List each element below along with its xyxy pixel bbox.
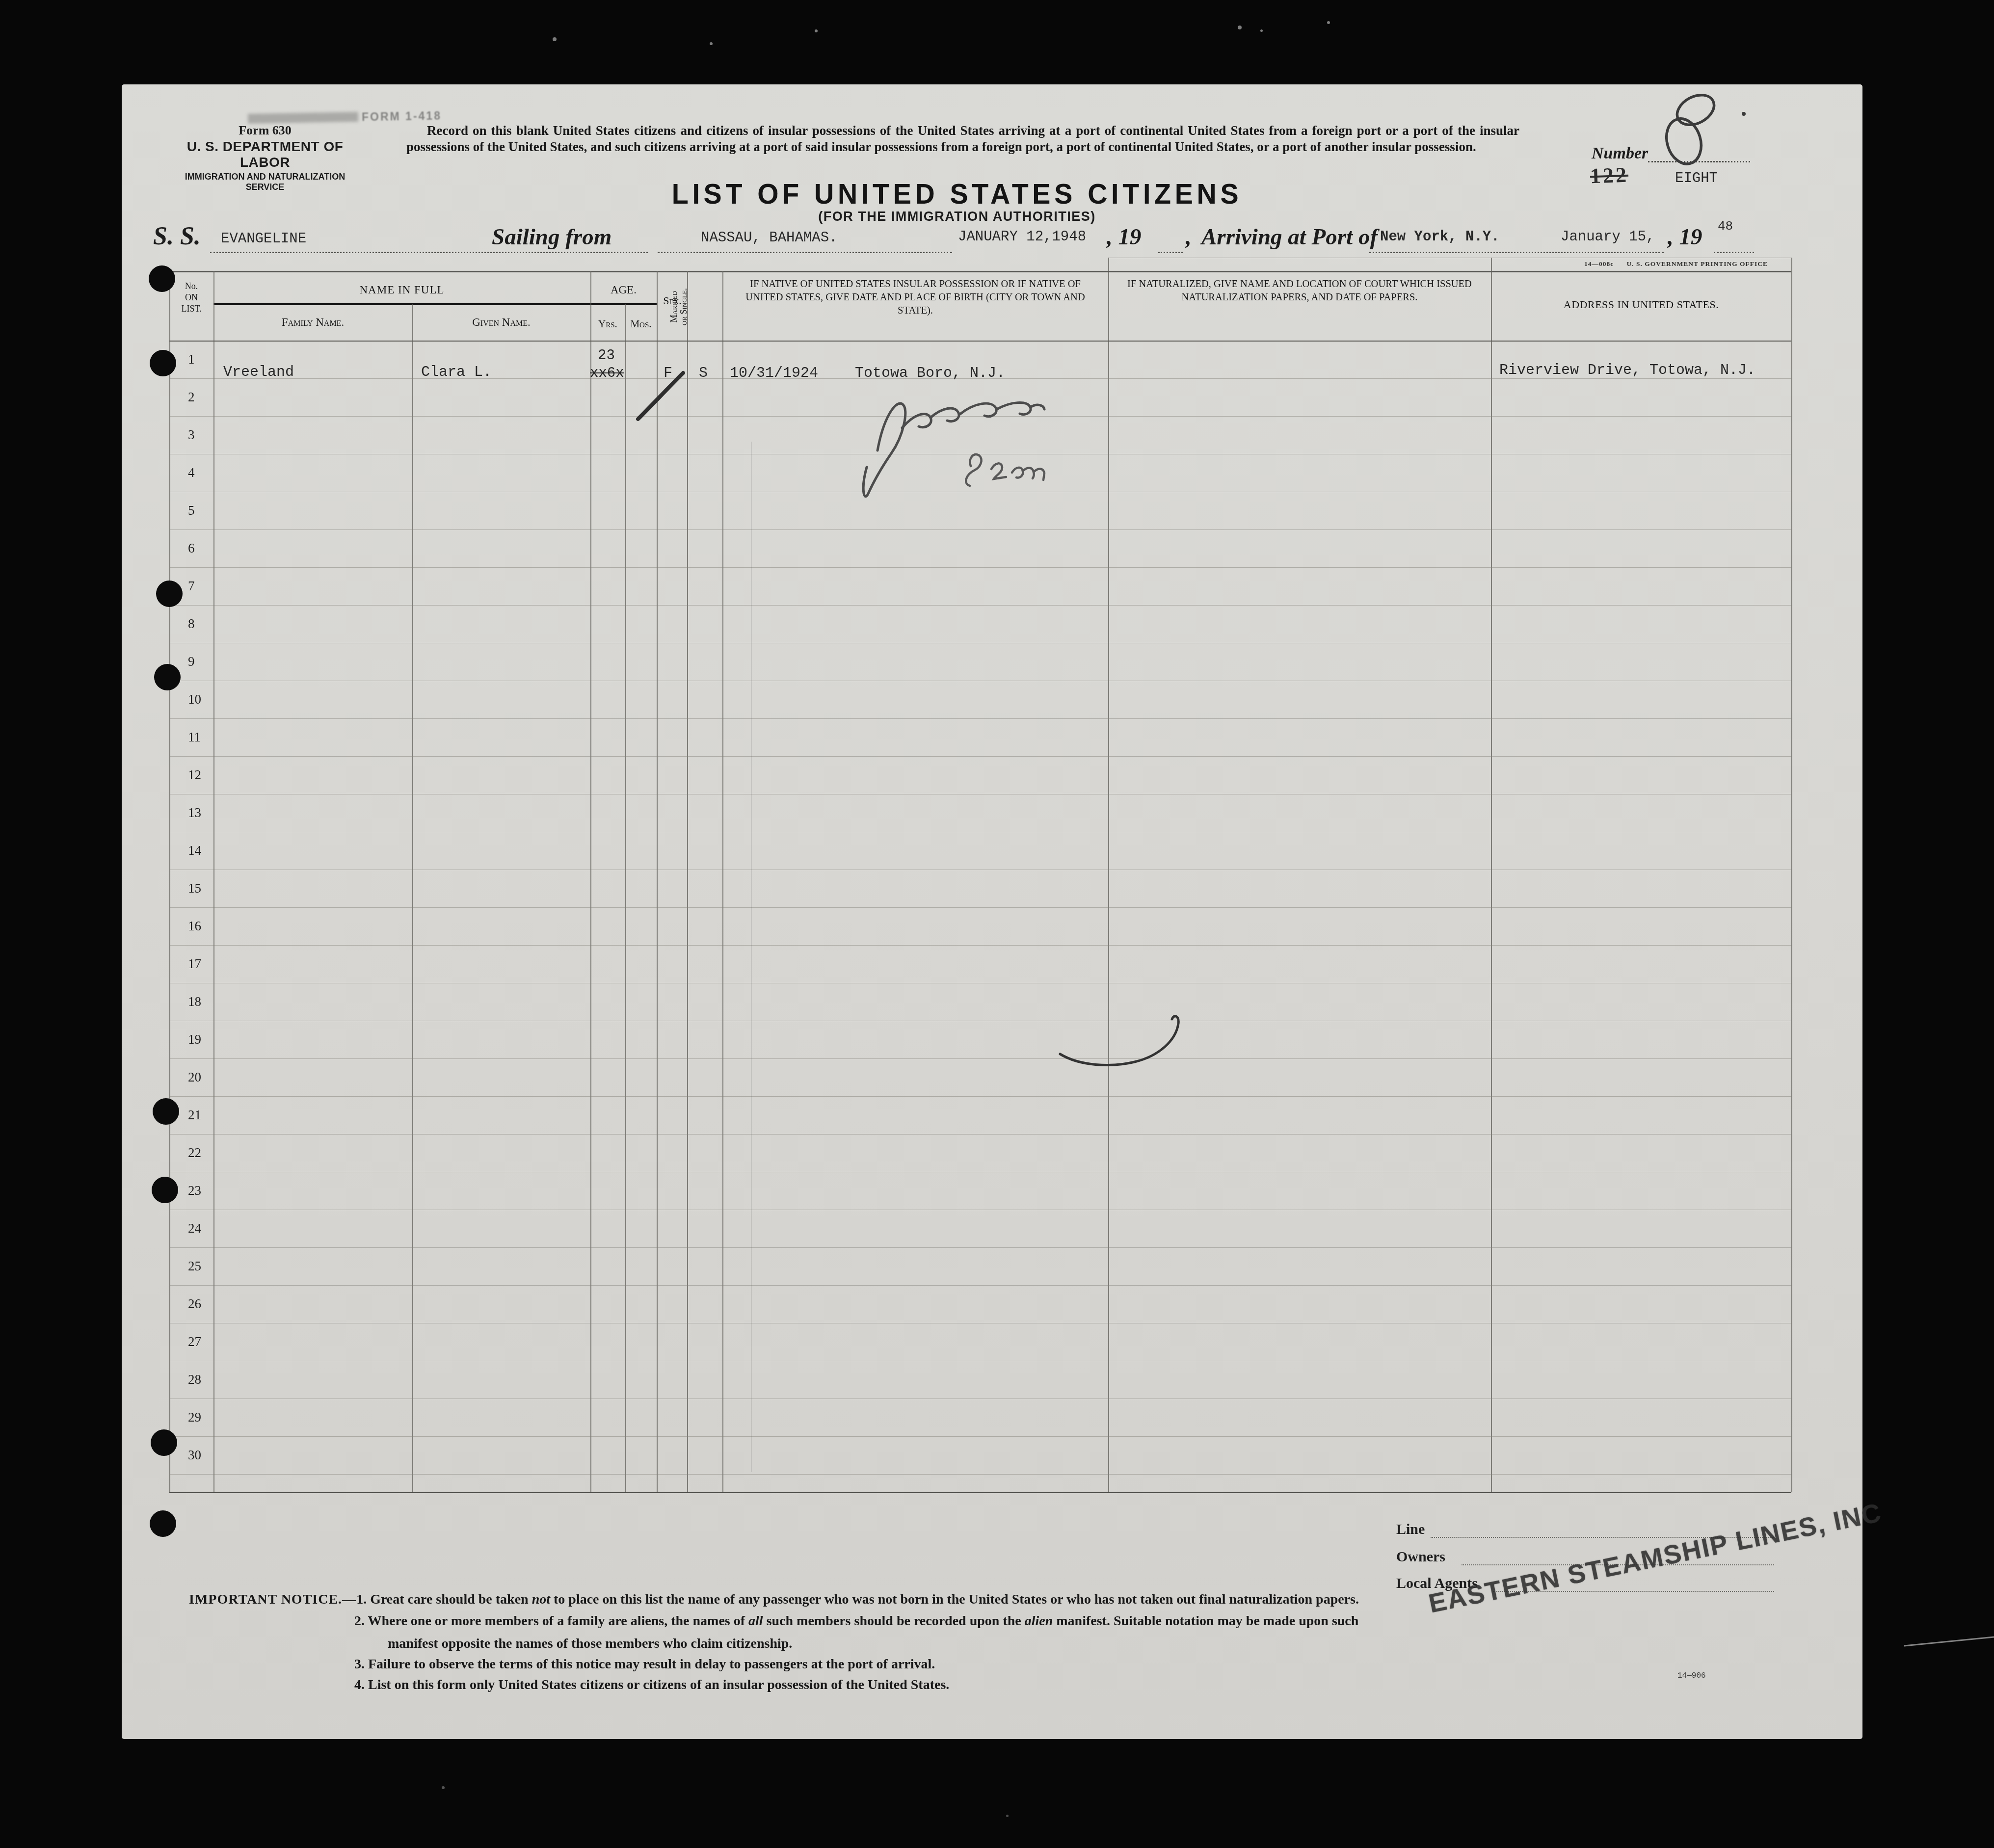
- table-row: 7: [169, 568, 1791, 606]
- table-row: 21: [169, 1097, 1791, 1135]
- number-rule: [1648, 161, 1750, 162]
- row-number: 29: [188, 1410, 201, 1425]
- table-row: 18: [169, 983, 1791, 1021]
- header-married-or-single: Married or Single.: [669, 267, 733, 346]
- notice-text: Where one or more members of a family ar…: [368, 1613, 749, 1629]
- notice-text: such members should be recorded upon the: [763, 1613, 1025, 1629]
- header-mos: Mos.: [625, 318, 657, 330]
- header-yrs: Yrs.: [590, 318, 625, 330]
- arrival-port-rule: [1369, 252, 1664, 253]
- stamped-sheet-number: 122: [1590, 162, 1629, 189]
- scan-speck: [442, 1786, 445, 1789]
- table-row: 5: [169, 492, 1791, 530]
- row-number: 30: [188, 1448, 201, 1463]
- footer-print-code: 14—906: [1677, 1671, 1706, 1680]
- table-row: 19: [169, 1021, 1791, 1059]
- table-top-border: [169, 271, 1791, 272]
- table-row: 6: [169, 530, 1791, 568]
- arriving-label: Arriving at Port of: [1201, 224, 1378, 250]
- cell-birth-date: 10/31/1924: [730, 365, 818, 382]
- row-number: 26: [188, 1296, 201, 1312]
- table-row: 26: [169, 1286, 1791, 1323]
- table-row: 4: [169, 454, 1791, 492]
- comma-a: ,: [1186, 224, 1192, 250]
- row-number: 21: [188, 1108, 201, 1123]
- row-number: 5: [188, 503, 195, 518]
- film-scratch: [1904, 1637, 1994, 1646]
- scan-speck: [710, 42, 713, 45]
- table-row: 15: [169, 870, 1791, 908]
- cell-address: Riverview Drive, Totowa, N.J.: [1499, 362, 1755, 379]
- punch-hole: [150, 1510, 176, 1537]
- table-row: 23: [169, 1172, 1791, 1210]
- scan-speck: [1006, 1815, 1009, 1817]
- notice-item-number: 2.: [354, 1613, 368, 1629]
- row-number: 20: [188, 1070, 201, 1085]
- scan-speck: [1260, 29, 1263, 32]
- line-label: Line: [1396, 1521, 1425, 1538]
- header-age: AGE.: [590, 284, 657, 296]
- row-number: 6: [188, 541, 195, 556]
- notice-text: to place on this list the name of any pa…: [550, 1592, 1359, 1607]
- punch-hole: [150, 350, 176, 376]
- table-row: 25: [169, 1248, 1791, 1286]
- row-number: 28: [188, 1372, 201, 1387]
- service-name: IMMIGRATION AND NATURALIZATION SERVICE: [167, 172, 363, 192]
- notice-text: alien: [1025, 1613, 1053, 1629]
- row-number: 2: [188, 390, 195, 405]
- notice-text: Failure to observe the terms of this not…: [368, 1657, 935, 1672]
- punch-hole: [152, 1177, 178, 1203]
- year-rule-b: [1714, 252, 1754, 253]
- ship-name: EVANGELINE: [221, 231, 306, 247]
- col-line-right: [1791, 258, 1792, 1492]
- row-number: 18: [188, 994, 201, 1009]
- punch-hole: [156, 581, 183, 607]
- table-bottom-border: [169, 1492, 1791, 1493]
- header-given-name: Given Name.: [412, 316, 590, 329]
- cell-family-name: Vreeland: [223, 364, 294, 381]
- table-row: 13: [169, 794, 1791, 832]
- sailing-date: JANUARY 12,1948: [958, 229, 1086, 245]
- row-number: 19: [188, 1032, 201, 1047]
- notice-line: 3. Failure to observe the terms of this …: [354, 1657, 935, 1672]
- row-number: 22: [188, 1145, 201, 1161]
- row-number: 11: [188, 730, 201, 745]
- row-number: 15: [188, 881, 201, 896]
- header-native-column: IF NATIVE OF UNITED STATES INSULAR POSSE…: [732, 278, 1098, 317]
- table-row: 14: [169, 832, 1791, 870]
- punch-hole: [149, 265, 175, 292]
- table-row: 2: [169, 379, 1791, 417]
- sailing-from-label: Sailing from: [492, 224, 611, 250]
- row-number: 9: [188, 654, 195, 669]
- header-address-column: ADDRESS IN UNITED STATES.: [1491, 298, 1791, 311]
- sailing-port-rule: [658, 252, 952, 253]
- notice-text: Great care should be taken: [370, 1592, 532, 1607]
- table-row: 8: [169, 606, 1791, 643]
- scan-speck: [1327, 21, 1330, 24]
- cell-sex: F: [664, 365, 672, 382]
- ink-smudge: [248, 112, 358, 124]
- table-row: 24: [169, 1210, 1791, 1248]
- arrival-date: January 15,: [1561, 229, 1654, 245]
- table-row: 10: [169, 681, 1791, 719]
- year-rule-a: [1158, 252, 1183, 253]
- row-number: 25: [188, 1259, 201, 1274]
- table-row: 28: [169, 1361, 1791, 1399]
- notice-item-number: 1.: [356, 1592, 370, 1607]
- printed-19-b: , 19: [1668, 224, 1702, 250]
- table-top-extra-line: [1108, 258, 1791, 258]
- table-row: 20: [169, 1059, 1791, 1097]
- cell-given-name: Clara L.: [421, 364, 492, 381]
- notice-line: 4. List on this form only United States …: [354, 1677, 949, 1693]
- row-number: 3: [188, 427, 195, 443]
- scan-speck: [815, 29, 818, 32]
- printed-19-a: , 19: [1107, 224, 1142, 250]
- punch-hole: [154, 664, 181, 690]
- notice-text: all: [748, 1613, 763, 1629]
- notice-text: List on this form only United States cit…: [368, 1677, 949, 1692]
- row-number: 17: [188, 956, 201, 972]
- notice-line: IMPORTANT NOTICE.—1. Great care should b…: [189, 1592, 1359, 1608]
- notice-line: 2. Where one or more members of a family…: [354, 1613, 1358, 1629]
- row-number: 23: [188, 1183, 201, 1198]
- number-label: Number: [1592, 144, 1648, 163]
- scan-speck: [553, 37, 557, 41]
- notice-text: manifest. Suitable notation may be made …: [1053, 1613, 1358, 1629]
- owners-label: Owners: [1396, 1549, 1445, 1565]
- table-rows: 1234567891011121314151617181920212223242…: [169, 341, 1791, 1492]
- notice-item-number: 3.: [354, 1657, 368, 1672]
- notice-text: manifest opposite the names of those mem…: [388, 1636, 792, 1651]
- row-number: 27: [188, 1334, 201, 1349]
- row-number: 4: [188, 465, 195, 480]
- row-number: 14: [188, 843, 201, 858]
- paper-crease: [751, 442, 752, 1472]
- scan-speck: [1238, 26, 1242, 29]
- ss-label: S. S.: [153, 222, 201, 251]
- intro-paragraph: Record on this blank United States citiz…: [406, 123, 1519, 155]
- table-row: 30: [169, 1437, 1791, 1475]
- cell-married-or-single: S: [699, 365, 708, 382]
- arrival-year: 48: [1718, 219, 1733, 234]
- cell-age-yrs-corrected: 23: [598, 347, 615, 364]
- header-naturalized-column: IF NATURALIZED, GIVE NAME AND LOCATION O…: [1123, 278, 1476, 304]
- header-name-in-full: NAME IN FULL: [213, 284, 590, 296]
- table-row: 22: [169, 1135, 1791, 1172]
- row-number: 10: [188, 692, 201, 707]
- cell-birth-place: Totowa Boro, N.J.: [855, 365, 1005, 382]
- row-number: 16: [188, 919, 201, 934]
- table-row: 17: [169, 946, 1791, 983]
- punch-hole: [153, 1098, 179, 1125]
- notice-text: not: [532, 1592, 550, 1607]
- faint-form-stamp: FORM 1-418: [362, 109, 442, 124]
- table-row-blank: [169, 1475, 1791, 1491]
- row-number: 13: [188, 805, 201, 820]
- table-row: 11: [169, 719, 1791, 757]
- sailing-port: NASSAU, BAHAMAS.: [701, 230, 837, 246]
- table-row: 12: [169, 757, 1791, 794]
- header-no-on-list: No. ON LIST.: [169, 281, 213, 315]
- page-subtitle: (FOR THE IMMIGRATION AUTHORITIES): [818, 209, 1095, 224]
- table-row: 9: [169, 643, 1791, 681]
- gpo-print-note: 14—008c U. S. GOVERNMENT PRINTING OFFICE: [1584, 260, 1768, 268]
- header-family-name: Family Name.: [213, 316, 412, 329]
- number-word: EIGHT: [1675, 170, 1718, 186]
- form-number: Form 630: [167, 123, 363, 138]
- page-title: LIST OF UNITED STATES CITIZENS: [672, 178, 1243, 211]
- row-number: 8: [188, 616, 195, 632]
- row-number: 1: [188, 352, 195, 367]
- scanned-manifest-page: FORM 1-418 Form 630 U. S. DEPARTMENT OF …: [0, 0, 1994, 1848]
- table-row: 27: [169, 1323, 1791, 1361]
- row-number: 7: [188, 579, 195, 594]
- department-name: U. S. DEPARTMENT OF LABOR: [167, 139, 363, 170]
- arrival-port: New York, N.Y.: [1380, 229, 1500, 245]
- cell-age-yrs-struck: xx6x: [590, 365, 624, 381]
- table-row: 3: [169, 417, 1791, 454]
- notice-label: IMPORTANT NOTICE.—: [189, 1592, 356, 1607]
- row-number: 12: [188, 767, 201, 783]
- table-row: 29: [169, 1399, 1791, 1437]
- punch-hole: [151, 1429, 177, 1456]
- notice-line: manifest opposite the names of those mem…: [388, 1636, 792, 1652]
- table-row: 16: [169, 908, 1791, 946]
- ship-name-rule: [210, 252, 648, 253]
- row-number: 24: [188, 1221, 201, 1236]
- notice-item-number: 4.: [354, 1677, 368, 1692]
